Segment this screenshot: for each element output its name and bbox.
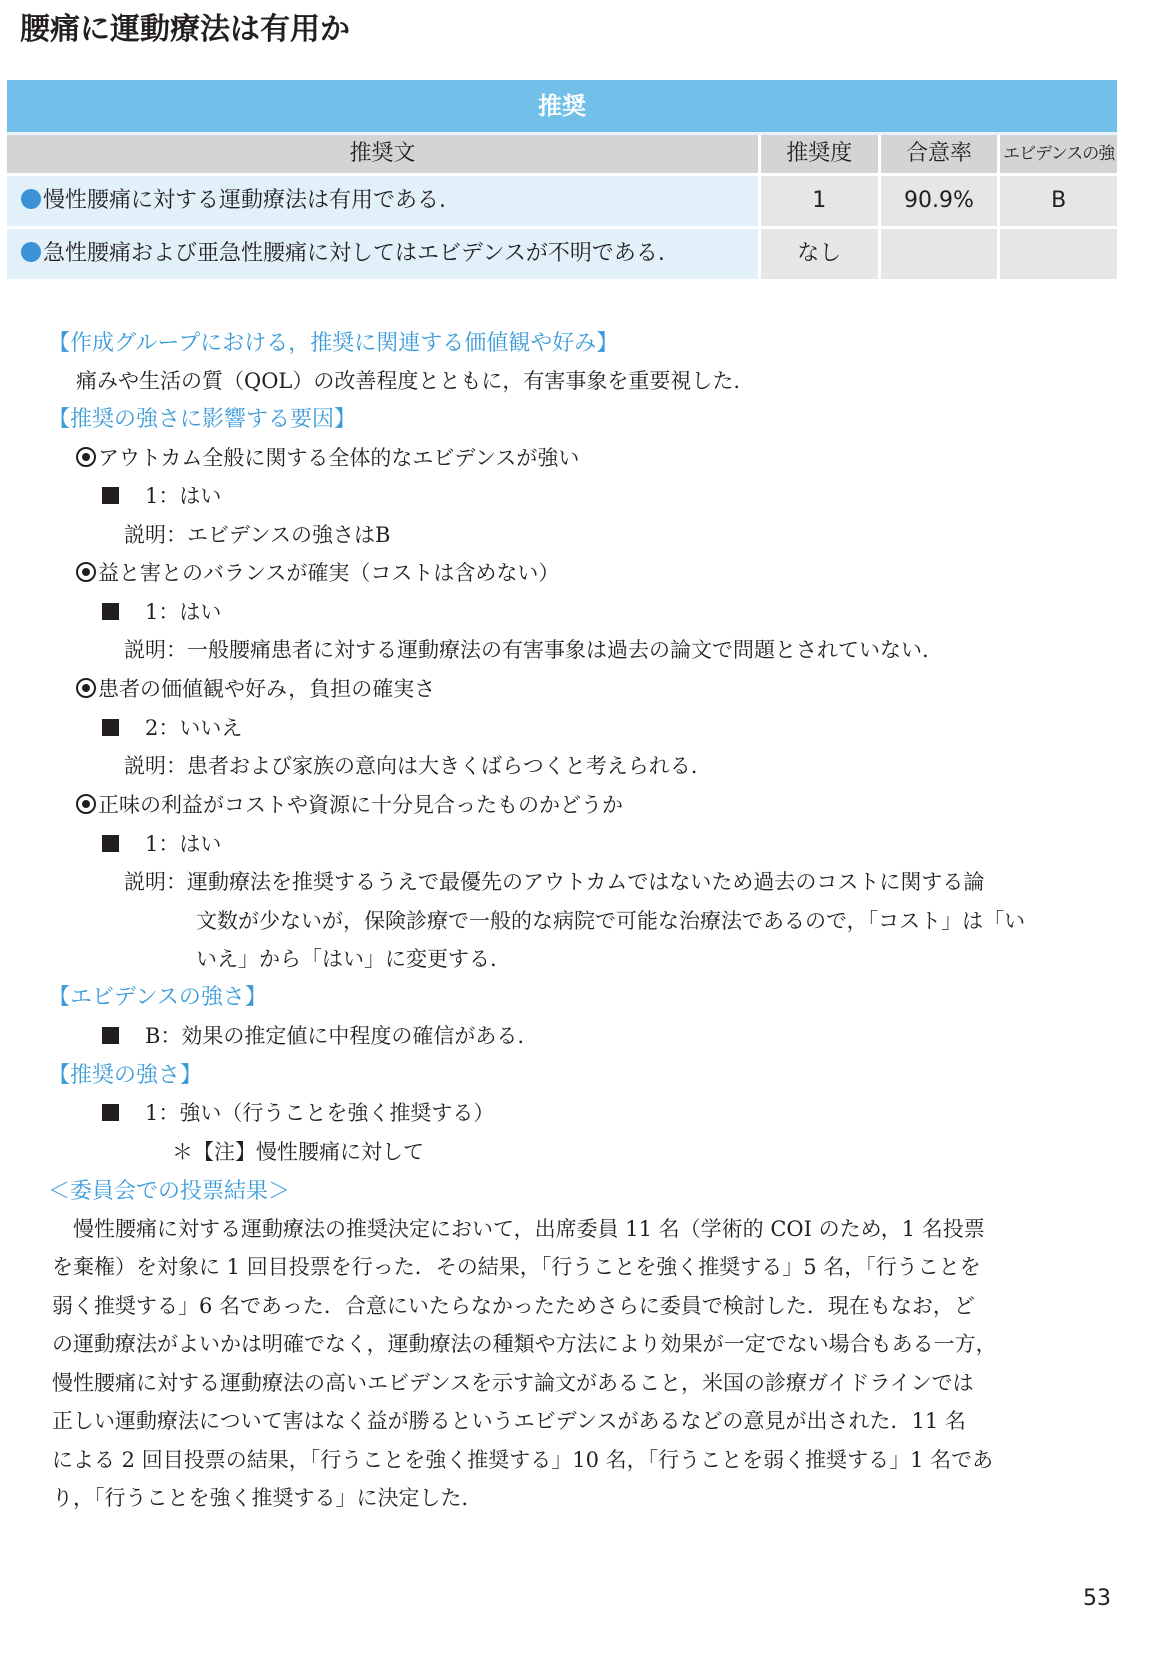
- page-title: 腰痛に運動療法は有用か: [20, 4, 350, 48]
- factor-question-text: 正味の利益がコストや資源に十分見合ったものかどうか: [98, 793, 623, 817]
- factor-answer: 1：はい: [102, 828, 221, 858]
- factor-answer-text: 1：はい: [145, 484, 221, 508]
- circled-dot-icon: [76, 678, 96, 698]
- evidence-strength-item: B：効果の推定値に中程度の確信がある.: [102, 1020, 524, 1050]
- blue-dot-icon: [21, 242, 41, 262]
- factor-explanation: いえ」から「はい」に変更する.: [196, 943, 497, 973]
- circled-dot-icon: [76, 447, 96, 467]
- vote-text-line: 慢性腰痛に対する運動療法の推奨決定において，出席委員 11 名（学術的 COI …: [52, 1213, 985, 1243]
- section-heading-values: 【作成グループにおける，推奨に関連する価値観や好み】: [48, 326, 618, 357]
- vote-text-line: 弱く推奨する」6 名であった．合意にいたらなかったためさらに委員で検討した．現在…: [52, 1290, 975, 1320]
- factor-question-text: アウトカム全般に関する全体的なエビデンスが強い: [98, 446, 579, 470]
- vote-text-line: 正しい運動療法について害はなく益が勝るというエビデンスがあるなどの意見が出された…: [52, 1405, 966, 1435]
- factor-explanation: 説明：患者および家族の意向は大きくばらつくと考えられる.: [124, 750, 697, 780]
- recommendation-strength-item: 1：強い（行うことを強く推奨する）: [102, 1097, 494, 1127]
- black-square-icon: [102, 835, 119, 852]
- recommendation-banner: 推奨: [7, 80, 1117, 135]
- column-header-statement: 推奨文: [7, 135, 758, 173]
- factor-question: アウトカム全般に関する全体的なエビデンスが強い: [76, 442, 579, 472]
- recommendation-strength-text: 1：強い（行うことを強く推奨する）: [145, 1101, 494, 1125]
- section-heading-factors: 【推奨の強さに影響する要因】: [48, 402, 356, 433]
- factor-answer-text: 2：いいえ: [145, 716, 242, 740]
- section-heading-evidence-strength: 【エビデンスの強さ】: [48, 980, 267, 1011]
- evidence-strength-text: B：効果の推定値に中程度の確信がある.: [145, 1024, 524, 1048]
- factor-answer: 2：いいえ: [102, 712, 242, 742]
- evidence-cell: [1000, 229, 1117, 279]
- evidence-cell: B: [1000, 176, 1117, 226]
- factor-explanation: 説明：エビデンスの強さはB: [124, 519, 390, 549]
- recommendation-table: 推奨 推奨文 推奨度 合意率 エビデンスの強さ 慢性腰痛に対する運動療法は有用で…: [7, 80, 1117, 279]
- vote-text-line: を棄権）を対象に 1 回目投票を行った．その結果，「行うことを強く推奨する」5 …: [52, 1251, 981, 1281]
- column-header-grade: 推奨度: [761, 135, 878, 173]
- column-header-agreement: 合意率: [881, 135, 998, 173]
- page-number: 53: [1083, 1586, 1111, 1611]
- grade-cell: 1: [761, 176, 878, 226]
- blue-dot-icon: [21, 189, 41, 209]
- factor-question-text: 患者の価値観や好み，負担の確実さ: [98, 677, 435, 701]
- factor-question-text: 益と害とのバランスが確実（コストは含めない）: [98, 561, 559, 585]
- factor-answer-text: 1：はい: [145, 600, 221, 624]
- black-square-icon: [102, 1027, 119, 1044]
- statement-text: 急性腰痛および亜急性腰痛に対してはエビデンスが不明である.: [43, 241, 665, 266]
- black-square-icon: [102, 1104, 119, 1121]
- column-header-evidence: エビデンスの強さ: [1000, 135, 1117, 173]
- circled-dot-icon: [76, 794, 96, 814]
- statement-text: 慢性腰痛に対する運動療法は有用である.: [43, 188, 446, 213]
- factor-question: 益と害とのバランスが確実（コストは含めない）: [76, 557, 559, 587]
- grade-cell: なし: [761, 229, 878, 279]
- factor-answer: 1：はい: [102, 480, 221, 510]
- black-square-icon: [102, 603, 119, 620]
- factor-answer: 1：はい: [102, 596, 221, 626]
- black-square-icon: [102, 719, 119, 736]
- factor-explanation: 文数が少ないが，保険診療で一般的な病院で可能な治療法であるので，「コスト」は「い: [196, 905, 1025, 935]
- agreement-cell: [881, 229, 998, 279]
- factor-explanation: 説明：一般腰痛患者に対する運動療法の有害事象は過去の論文で問題とされていない.: [124, 634, 929, 664]
- values-text: 痛みや生活の質（QOL）の改善程度とともに，有害事象を重要視した.: [76, 365, 740, 395]
- statement-cell: 急性腰痛および亜急性腰痛に対してはエビデンスが不明である.: [7, 229, 758, 279]
- table-row: 慢性腰痛に対する運動療法は有用である. 1 90.9% B: [7, 176, 1117, 226]
- section-heading-vote: ＜委員会での投票結果＞: [48, 1174, 290, 1205]
- vote-text-line: の運動療法がよいかは明確でなく，運動療法の種類や方法により効果が一定でない場合も…: [52, 1328, 997, 1358]
- factor-question: 患者の価値観や好み，負担の確実さ: [76, 673, 435, 703]
- circled-dot-icon: [76, 562, 96, 582]
- factor-explanation: 説明：運動療法を推奨するうえで最優先のアウトカムではないため過去のコストに関する…: [124, 866, 984, 896]
- vote-text-line: による 2 回目投票の結果，「行うことを強く推奨する」10 名，「行うことを弱く…: [52, 1444, 993, 1474]
- factor-question: 正味の利益がコストや資源に十分見合ったものかどうか: [76, 789, 623, 819]
- agreement-cell: 90.9%: [881, 176, 998, 226]
- factor-answer-text: 1：はい: [145, 832, 221, 856]
- statement-cell: 慢性腰痛に対する運動療法は有用である.: [7, 176, 758, 226]
- table-header-row: 推奨文 推奨度 合意率 エビデンスの強さ: [7, 135, 1117, 173]
- recommendation-note: ＊【注】慢性腰痛に対して: [172, 1136, 424, 1166]
- table-row: 急性腰痛および亜急性腰痛に対してはエビデンスが不明である. なし: [7, 229, 1117, 279]
- vote-text-line: り，「行うことを強く推奨する」に決定した．: [52, 1482, 483, 1512]
- vote-text-line: 慢性腰痛に対する運動療法の高いエビデンスを示す論文があること，米国の診療ガイドラ…: [52, 1367, 974, 1397]
- black-square-icon: [102, 487, 119, 504]
- section-heading-recommendation-strength: 【推奨の強さ】: [48, 1058, 202, 1089]
